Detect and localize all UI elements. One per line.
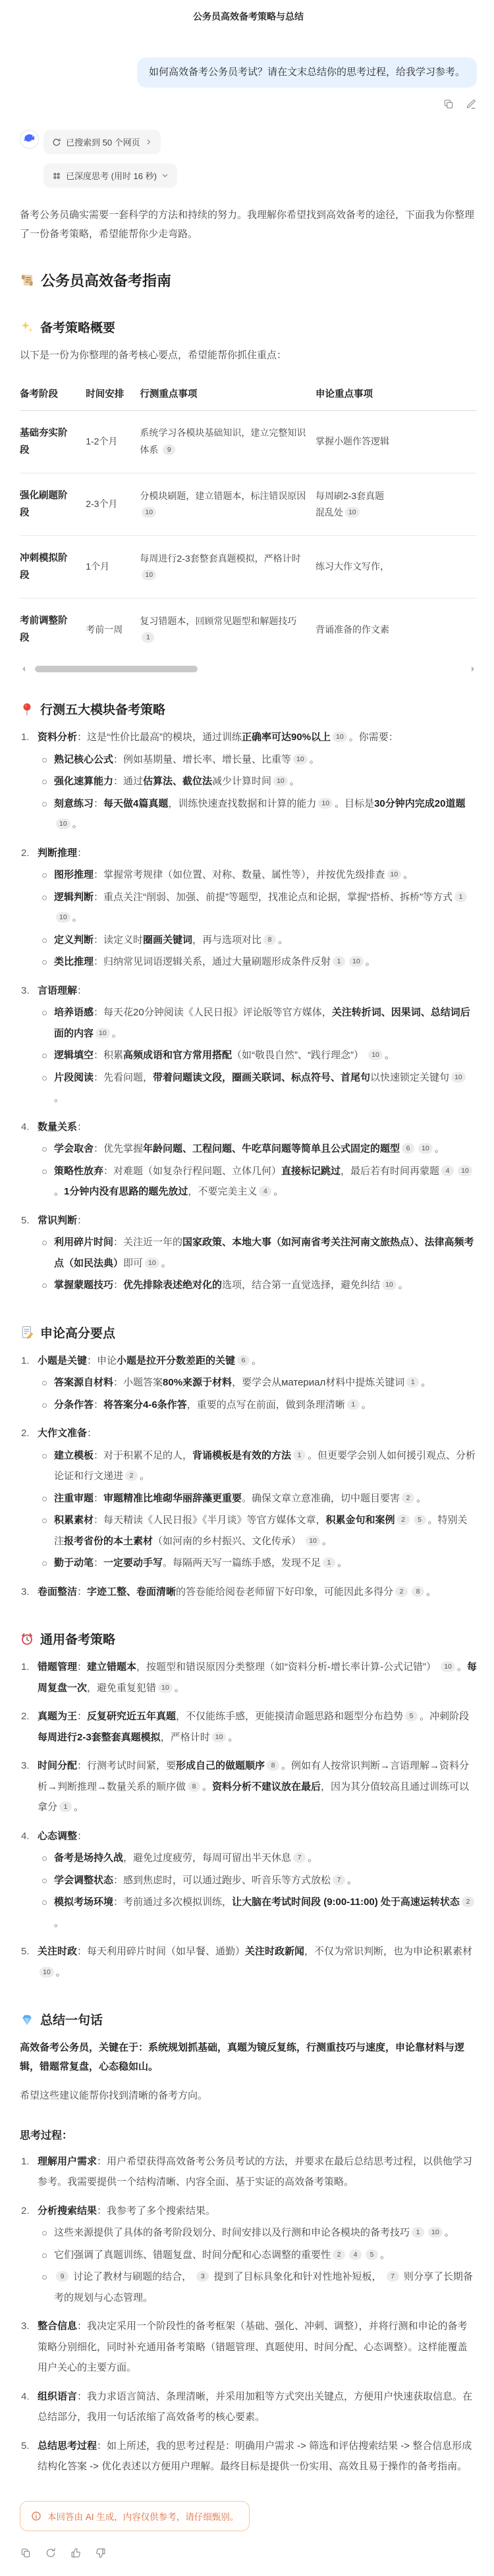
citation-badge[interactable]: 10 (382, 1279, 397, 1290)
text-segment: 考前一周 (86, 624, 123, 635)
text-segment: 。 (310, 754, 319, 765)
citation-badge[interactable]: 7 (333, 1875, 345, 1885)
list-item-text: 言语理解：培养语感：每天花20分钟阅读《人民日报》评论版等官方媒体，关注转折词、… (38, 980, 477, 1109)
citation-badge[interactable]: 10 (306, 1536, 320, 1546)
text-segment: ： (77, 1661, 87, 1673)
gem-icon (20, 2012, 34, 2027)
search-results-pill[interactable]: 已搜索到 50 个网页 (43, 130, 161, 154)
response-actions (20, 2547, 477, 2559)
sub-item-text: 这些来源提供了具体的备考阶段划分、时间安排以及行测和申论各模块的备考技巧110。 (54, 2227, 454, 2238)
section-heading: 公务员高效备考指南 (20, 270, 477, 290)
table-cell: 复习错题本，回顾常见题型和解题技巧1 (140, 599, 316, 661)
bold-text: 背诵模板是有效的方法 (192, 1450, 291, 1461)
citation-badge[interactable]: 1 (406, 1377, 419, 1387)
list-number: 4. (21, 1826, 30, 1847)
bullet-icon (42, 1169, 47, 1174)
bold-text: 学会取舍 (54, 1143, 94, 1154)
citation-badge[interactable]: 5 (414, 1515, 426, 1525)
sub-list-item: 勤于动笔：一定要动手写。每隔两天写一篇练手感，发现不足1。 (38, 1553, 477, 1574)
sub-item-text: 注重审题：审题精准比堆砌华丽辞藻更重要。确保文章立意准确，切中题目要害2。 (54, 1493, 426, 1504)
citation-badge[interactable]: 7 (293, 1852, 306, 1863)
list-number: 3. (21, 1756, 30, 1777)
bold-text: 总结思考过程 (38, 2440, 97, 2452)
bold-text: 定义判断 (54, 934, 94, 946)
text-segment: 强化刷题阶段 (20, 491, 68, 518)
table-cell-line: 考前调整阶段 (20, 612, 76, 647)
text-segment: ：重点关注“削弱、加强、前提”等题型，找准论点和论据，掌握“搭桥、拆桥”等方式 (94, 892, 453, 903)
text-segment: 的答卷能给阅卷老师留下好印象，可能因此多得分 (176, 1586, 393, 1597)
citation-badge[interactable]: 10 (142, 507, 156, 518)
text-segment: ，不仅为常识判断，也为申论积累素材 (304, 1946, 472, 1957)
list-item-text: 关注时政：每天利用碎片时间（如早餐、通勤）关注时政新闻，不仅为常识判断，也为申论… (38, 1941, 477, 1983)
bold-text: 建立模板 (54, 1450, 94, 1461)
deep-think-pill[interactable]: 已深度思考 (用时 16 秒) (43, 163, 177, 188)
list-number: 3. (21, 1582, 30, 1603)
bullet-icon (42, 780, 47, 784)
table-cell-line: 2-3个月 (86, 496, 130, 512)
text-segment: ：感到焦虑时，可以通过跑步、听音乐等方式放松 (113, 1875, 331, 1886)
citation-badge[interactable]: 10 (333, 732, 347, 742)
text-segment: ： (77, 1586, 87, 1597)
text-segment: 。 (380, 2249, 390, 2261)
citation-badge[interactable]: 8 (267, 1760, 279, 1771)
text-segment: ：读定义时 (94, 934, 143, 946)
list-item-text: 判断推理：图形推理：掌握常考规律（如位置、对称、数量、属性等），并按优先级排查1… (38, 843, 477, 973)
text-segment: ：例如基期量、增长率、增长量、比重等 (113, 754, 291, 765)
bold-text: 资料分析不建议放在最后 (212, 1781, 321, 1792)
citation-badge[interactable]: 4 (441, 1166, 454, 1176)
text-segment: 。 (426, 1586, 436, 1597)
table-cell: 考前调整阶段 (20, 599, 86, 661)
bold-text: 小题是关键 (38, 1355, 87, 1366)
sub-item-text: 学会取舍：优先掌握年龄问题、工程问题、牛吃草问题等简单且公式固定的题型610。 (54, 1143, 445, 1154)
citation-badge[interactable]: 10 (40, 1967, 54, 1977)
citation-badge[interactable]: 2 (125, 1470, 138, 1481)
text-segment: ： (77, 1711, 87, 1722)
table-cell-line: 背诵准备的作文素 (316, 622, 477, 638)
citation-badge[interactable]: 1 (59, 1802, 72, 1812)
sub-list-item: 片段阅读：先看问题，带着问题读文段，圈画关联词、标点符号、首尾句以快速锁定关键句… (38, 1067, 477, 1109)
sub-item-text: 培养语感：每天花20分钟阅读《人民日报》评论版等官方媒体，关注转折词、因果词、总… (54, 1007, 470, 1039)
bold-text: 字迹工整、卷面清晰 (87, 1586, 176, 1597)
table-cell-line: 1-2个月 (86, 433, 130, 450)
text-segment: 减少计算时间 (212, 776, 271, 787)
citation-badge[interactable]: 6 (237, 1355, 250, 1366)
citation-badge[interactable]: 10 (145, 1258, 159, 1268)
citation-badge[interactable]: 5 (405, 1711, 418, 1721)
list-number: 3. (21, 980, 30, 1002)
text-segment: 以下是一份为你整理的备考核心要点，希望能帮你抓住重点： (20, 350, 287, 361)
table-cell: 1-2个月 (86, 410, 140, 473)
bold-text: 备考是场持久战 (54, 1852, 123, 1864)
sub-item-text: 利用碎片时间：关注近一年的国家政策、本地大事（如河南省考关注河南文旅热点）、法律… (54, 1237, 474, 1269)
text-segment: ：我参考了多个搜索结果。 (97, 2205, 215, 2216)
bold-text: 言语理解 (38, 985, 77, 996)
table-cell: 2-3个月 (86, 473, 140, 535)
citation-badge[interactable]: 5 (366, 2249, 378, 2260)
chat-page: 公务员高效备考策略与总结 如何高效备考公务员考试？请在文末总结你的思考过程，给我… (0, 0, 494, 2576)
bullet-icon (42, 1900, 47, 1905)
citation-badge[interactable]: 10 (451, 1072, 466, 1083)
sub-list-item: 熟记核心公式：例如基期量、增长率、增长量、比重等10。 (38, 749, 477, 770)
table-row: 强化刷题阶段2-3个月分模块刷题，建立错题本，标注错误原因10每周刷2-3套真题… (20, 473, 477, 535)
ordered-list: 1.理解用户需求：用户希望获得高效备考公务员考试的方法，并要求在最后总结思考过程… (20, 2151, 477, 2477)
text-segment: 。 (273, 1186, 283, 1197)
bold-text: 估算法、截位法 (143, 776, 212, 787)
sub-list-item: 策略性放弃：对难题（如复杂行程问题、立体几何）直接标记跳过，最后若有时间再蒙题4… (38, 1161, 477, 1202)
list-item-text: 组织语言：我力求语言简洁、条理清晰，并采用加粗等方式突出关键点，方便用户快速获取… (38, 2386, 477, 2428)
list-item-text: 分析搜索结果：我参考了多个搜索结果。这些来源提供了具体的备考阶段划分、时间安排以… (38, 2201, 477, 2309)
citation-badge[interactable]: 9 (56, 2271, 69, 2282)
sub-list-item: 利用碎片时间：关注近一年的国家政策、本地大事（如河南省考关注河南文旅热点）、法律… (38, 1232, 477, 1274)
text-segment: ：我决定采用一个阶段性的备考框架（基础、强化、冲刺、调整），并将行测和申论的备考… (38, 2321, 468, 2373)
sub-item-text: 策略性放弃：对难题（如复杂行程问题、立体几何）直接标记跳过，最后若有时间再蒙题4… (54, 1166, 474, 1198)
table-cell-line: 复习错题本，回顾常见题型和解题技巧1 (140, 613, 306, 646)
table-cell-line: 考前一周 (86, 622, 130, 638)
chevron-right-icon (145, 138, 152, 146)
citation-badge[interactable]: 2 (402, 1493, 414, 1503)
bold-text: 整合信息 (38, 2321, 77, 2332)
citation-badge[interactable]: 10 (293, 754, 308, 765)
list-item: 1.资料分析：这是“性价比最高”的模块，通过训练正确率可达90%以上10。你需要… (20, 727, 477, 835)
table-scrollbar (20, 666, 477, 672)
text-segment: ，避免重复犯错 (87, 1682, 156, 1694)
bold-text: 关注时政 (38, 1946, 77, 1957)
citation-badge[interactable]: 1 (412, 2227, 424, 2238)
citation-badge[interactable]: 10 (345, 507, 360, 518)
table-cell-line: 掌握小题作答逻辑 (316, 433, 477, 450)
sub-list-item: 刻意练习：每天做4篇真题，训练快速查找数据和计算的能力10。目标是30分钟内完成… (38, 793, 477, 835)
bullet-icon (42, 938, 47, 943)
citation-badge[interactable]: 9 (163, 444, 175, 455)
text-segment: 1个月 (86, 561, 109, 572)
citation-badge[interactable]: 10 (56, 912, 70, 923)
sub-list-item: 9 讨论了教材与刷题的结合， 3 提到了目标具象化和针对性地补短板， 7 则分享… (38, 2267, 477, 2308)
assistant-status-pills: 已搜索到 50 个网页 已深度思考 (用时 16 秒) (43, 130, 177, 188)
text-segment: 选项，结合第一直觉选择，避免纠结 (222, 1279, 380, 1291)
bold-text: 1分钟内没有思路的题先放过 (64, 1186, 188, 1197)
bullet-icon (42, 1054, 47, 1058)
citation-badge[interactable]: 2 (397, 1515, 410, 1525)
text-segment: 。 (308, 1852, 317, 1864)
citation-badge[interactable]: 2 (395, 1586, 408, 1597)
text-segment: ，训练快速查找数据和计算的能力 (168, 798, 316, 809)
citation-badge[interactable]: 10 (273, 776, 288, 786)
copy-icon[interactable] (443, 98, 454, 110)
sub-list-item: 学会调整状态：感到焦虑时，可以通过跑步、听音乐等方式放松7。 (38, 1870, 477, 1891)
text-segment: ： (77, 985, 87, 996)
scrollbar-track[interactable] (28, 666, 468, 672)
table-cell-line: 分模块刷题，建立错题本，标注错误原因10 (140, 488, 306, 521)
text-segment: 。 (385, 1050, 395, 1061)
bold-text: 策略性放弃 (54, 1166, 103, 1177)
thumbs-down-icon[interactable] (95, 2547, 107, 2559)
bold-text: 卷面整洁 (38, 1586, 77, 1597)
text-segment: ，不仅能练手感，更能摸清命题思路和题型分布趋势 (176, 1711, 403, 1722)
search-pill-label: 已搜索到 50 个网页 (66, 136, 140, 148)
bold-text: 答案源自材料 (54, 1377, 113, 1388)
user-message-bubble: 如何高效备考公务员考试？请在文末总结你的思考过程，给我学习参考。 (137, 57, 477, 88)
text-segment: 每周进行2-3套整套真题模拟，严格计时 (140, 553, 300, 564)
list-item-text: 总结思考过程：如上所述，我的思考过程是：明确用户需求 -> 筛选和评估搜索结果 … (38, 2436, 477, 2477)
summary-table: 备考阶段时间安排行测重点事项申论重点事项基础夯实阶段1-2个月系统学习各模块基础… (20, 379, 477, 661)
text-segment: ： (77, 847, 87, 859)
list-item: 4.组织语言：我力求语言简洁、条理清晰，并采用加粗等方式突出关键点，方便用户快速… (20, 2386, 477, 2428)
bold-text: 正确率可达90%以上 (242, 732, 331, 743)
list-item-text: 真题为王：反复研究近五年真题，不仅能练手感，更能摸清命题思路和题型分布趋势5。冲… (38, 1706, 477, 1748)
bullet-icon (42, 1076, 47, 1081)
citation-badge[interactable]: 2 (333, 2249, 345, 2260)
list-number: 1. (21, 727, 30, 748)
sub-list-item: 强化速算能力：通过估算法、截位法减少计算时间10。 (38, 771, 477, 792)
citation-badge[interactable]: 7 (387, 2271, 399, 2282)
citation-badge[interactable]: 4 (349, 2249, 362, 2260)
bullet-icon (42, 758, 47, 763)
list-item: 4.心态调整：备考是场持久战，避免过度疲劳，每周可留出半天休息7。学会调整状态：… (20, 1826, 477, 1934)
sub-list-item: 答案源自材料：小题答案80%来源于材料，要学会从материал材料中提炼关键词… (38, 1372, 477, 1393)
sub-item-text: 逻辑填空：积累高频成语和官方常用搭配（如“敬畏自然”、“践行理念”） 10。 (54, 1050, 395, 1061)
text-segment: ：每天精读《人民日报》《半月谈》等官方媒体文章， (94, 1515, 326, 1526)
table-header-cell: 时间安排 (86, 379, 140, 411)
sub-list-item: 备考是场持久战，避免过度疲劳，每周可留出半天休息7。 (38, 1848, 477, 1869)
citation-badge[interactable]: 10 (368, 1050, 383, 1060)
citation-badge[interactable]: 8 (188, 1781, 200, 1792)
section-heading-text: 思考过程： (20, 2127, 72, 2142)
section-heading: 思考过程： (20, 2127, 477, 2142)
deep-think-icon (52, 171, 61, 180)
text-segment: 分模块刷题，建立错题本，标注错误原因 (140, 491, 306, 501)
list-item: 3.卷面整洁：字迹工整、卷面清晰的答卷能给阅卷老师留下好印象，可能因此多得分28… (20, 1582, 477, 1603)
sub-item-text: 熟记核心公式：例如基期量、增长率、增长量、比重等10。 (54, 754, 319, 765)
scroll-left-arrow-icon[interactable] (20, 666, 25, 672)
bold-text: 直接标记跳过 (281, 1166, 341, 1177)
table-cell: 每周进行2-3套整套真题模拟，严格计时10 (140, 535, 316, 598)
text-segment: ： (77, 1215, 87, 1226)
list-item: 2.大作文准备：建立模板：对于积累不足的人，背诵模板是有效的方法1。但更要学会别… (20, 1423, 477, 1574)
table-row: 考前调整阶段考前一周复习错题本，回顾常见题型和解题技巧1背诵准备的作文素 (20, 599, 477, 661)
text-segment: 。 (290, 776, 300, 787)
section-heading-text: 通用备考策略 (40, 1630, 115, 1648)
list-item-text: 整合信息：我决定采用一个阶段性的备考框架（基础、强化、冲刺、调整），并将行测和申… (38, 2316, 477, 2378)
bold-text: 判断推理 (38, 847, 77, 859)
bullet-icon (42, 873, 47, 878)
table-cell-line: 强化刷题阶段 (20, 487, 76, 522)
info-icon (31, 2511, 41, 2521)
text-segment: 。每隔两天写一篇练手感，发现不足 (163, 1557, 321, 1569)
page-title: 公务员高效备考策略与总结 (20, 0, 477, 23)
citation-badge[interactable]: 6 (402, 1143, 414, 1154)
citation-badge[interactable]: 2 (462, 1896, 474, 1907)
bold-text: 类比推理 (54, 956, 94, 967)
sub-item-text: 刻意练习：每天做4篇真题，训练快速查找数据和计算的能力10。目标是30分钟内完成… (54, 798, 465, 830)
citation-badge[interactable]: 10 (212, 1732, 227, 1742)
table-cell-line: 混乱处10 (316, 504, 477, 521)
bold-text: 时间分配 (38, 1760, 77, 1771)
bold-text: 将答案分4-6条作答 (103, 1399, 187, 1410)
text-segment: 。 (54, 1186, 64, 1197)
citation-badge[interactable]: 10 (441, 1661, 455, 1672)
citation-badge[interactable]: 10 (142, 570, 156, 580)
text-segment: ：每天花20分钟阅读《人民日报》评论版等官方媒体， (94, 1007, 332, 1018)
text-segment: ：关注近一年的 (113, 1237, 182, 1248)
text-segment: 混乱处 (316, 507, 343, 518)
citation-badge[interactable]: 1 (333, 956, 345, 967)
table-cell: 1个月 (86, 535, 140, 598)
bold-text: 每周进行2-3套整套真题模拟 (38, 1732, 161, 1743)
web-search-icon (52, 138, 61, 147)
table-cell: 冲刺模拟阶段 (20, 535, 86, 598)
citation-badge[interactable]: 4 (259, 1186, 271, 1196)
list-number: 5. (21, 2436, 30, 2457)
text-segment: 掌握小题作答逻辑 (316, 436, 389, 446)
bold-text: 图形推理 (54, 869, 94, 880)
chevron-down-icon (161, 172, 169, 179)
table-cell: 强化刷题阶段 (20, 473, 86, 535)
table-cell: 基础夯实阶段 (20, 410, 86, 473)
table-cell-line: 基础夯实阶段 (20, 425, 76, 459)
list-number: 1. (21, 1657, 30, 1678)
sub-item-text: 答案源自材料：小题答案80%来源于材料，要学会从материал材料中提炼关键词… (54, 1377, 431, 1388)
bold-text: 报考省份的本土素材 (64, 1536, 153, 1547)
bullet-icon (42, 802, 47, 807)
bold-text: 掌握蒙题技巧 (54, 1279, 113, 1291)
sub-item-text: 片段阅读：先看问题，带着问题读文段，圈画关联词、标点符号、首尾句以快速锁定关键句… (54, 1072, 468, 1104)
citation-badge[interactable]: 8 (412, 1586, 424, 1597)
text-segment: 1-2个月 (86, 436, 117, 446)
citation-badge[interactable]: 10 (96, 1028, 110, 1038)
text-segment: 背诵准备的作文素 (316, 624, 389, 635)
bullet-icon (42, 1856, 47, 1861)
text-segment: ，严格计时 (161, 1732, 210, 1743)
sub-list-item: 这些来源提供了具体的备考阶段划分、时间安排以及行测和申论各模块的备考技巧110。 (38, 2222, 477, 2243)
text-segment: 。 (252, 1355, 261, 1366)
sub-item-text: 定义判断：读定义时圈画关键词，再与选项对比8。 (54, 934, 288, 946)
citation-badge[interactable]: 10 (458, 1166, 472, 1176)
text-segment: 。 (112, 1028, 122, 1039)
section-heading: 备考策略概要 (20, 318, 477, 336)
list-item-text: 数量关系：学会取舍：优先掌握年龄问题、工程问题、牛吃草问题等简单且公式固定的题型… (38, 1117, 477, 1202)
bold-text: 逻辑判断 (54, 892, 94, 903)
text-segment: ，再与选项对比 (192, 934, 261, 946)
sub-list-item: 模拟考场环境：考前通过多次模拟训练，让大脑在考试时间段 (9:00-11:00)… (38, 1892, 477, 1933)
citation-badge[interactable]: 10 (418, 1143, 433, 1154)
bold-text: 注重审题 (54, 1493, 94, 1504)
edit-icon[interactable] (465, 98, 477, 110)
ordered-list: 1.小题是关键：申论小题是拉开分数差距的关键6。答案源自材料：小题答案80%来源… (20, 1351, 477, 1603)
list-number: 3. (21, 2316, 30, 2337)
scrollbar-thumb[interactable] (35, 666, 198, 672)
whale-logo-icon (23, 132, 36, 148)
citation-badge[interactable]: 1 (347, 1399, 360, 1410)
thumbs-up-icon[interactable] (70, 2547, 82, 2559)
table-cell: 分模块刷题，建立错题本，标注错误原因10 (140, 473, 316, 535)
text-segment: 冲刺模拟阶段 (20, 553, 68, 581)
list-item-text: 卷面整洁：字迹工整、卷面清晰的答卷能给阅卷老师留下好印象，可能因此多得分28。 (38, 1582, 477, 1603)
bold-text: 高效备考公务员，关键在于：系统规划抓基础，真题为镜反复练，行测重技巧与速度，申论… (20, 2042, 464, 2072)
text-segment: 。 (362, 1399, 371, 1410)
sub-list-item: 注重审题：审题精准比堆砌华丽辞藻更重要。确保文章立意准确，切中题目要害2。 (38, 1488, 477, 1509)
text-segment: ，最后若有时间再蒙题 (341, 1166, 439, 1177)
list-item-text: 小题是关键：申论小题是拉开分数差距的关键6。答案源自材料：小题答案80%来源于材… (38, 1351, 477, 1416)
copy-response-icon[interactable] (20, 2547, 32, 2559)
text-segment: 。 (398, 1279, 408, 1291)
sub-item-text: 掌握蒙题技巧：优先排除表述绝对化的选项，结合第一直觉选择，避免纠结10。 (54, 1279, 408, 1291)
table-cell: 练习大作文写作， (316, 535, 477, 598)
assistant-avatar (20, 130, 39, 149)
text-segment: 。 (416, 1493, 426, 1504)
citation-badge[interactable]: 3 (196, 2271, 209, 2282)
bullet-icon (42, 1518, 47, 1523)
text-segment: 。 (337, 1557, 347, 1569)
list-item: 5.总结思考过程：如上所述，我的思考过程是：明确用户需求 -> 筛选和评估搜索结… (20, 2436, 477, 2477)
text-segment: 。 (228, 1732, 238, 1743)
bullet-icon (42, 2253, 47, 2258)
text-segment: 这些来源提供了具体的备考阶段划分、时间安排以及行测和申论各模块的备考技巧 (54, 2227, 410, 2238)
list-number: 4. (21, 2386, 30, 2407)
table-header-cell: 行测重点事项 (140, 379, 316, 411)
text-segment: 希望这些建议能帮你找到清晰的备考方向。 (20, 2090, 207, 2101)
list-item: 3.整合信息：我决定采用一个阶段性的备考框架（基础、强化、冲刺、调整），并将行测… (20, 2316, 477, 2378)
assistant-response: 备考公务员确实需要一套科学的方法和持续的努力。我理解你希望找到高效备考的途径，下… (20, 206, 477, 2477)
citation-badge[interactable]: 1 (454, 892, 467, 902)
citation-badge[interactable]: 8 (263, 934, 276, 945)
bold-text: 学会调整状态 (54, 1875, 113, 1886)
bullet-icon (42, 1454, 47, 1459)
citation-badge[interactable]: 10 (318, 798, 333, 809)
text-segment: ：每天利用碎片时间（如早餐、通勤） (77, 1946, 245, 1957)
sub-item-text: 分条作答：将答案分4-6条作答，重要的点写在前面，做到条理清晰1。 (54, 1399, 371, 1410)
sub-list-item: 掌握蒙题技巧：优先排除表述绝对化的选项，结合第一直觉选择，避免纠结10。 (38, 1275, 477, 1296)
text-segment: （如“敬畏自然”、“践行理念”） (232, 1050, 366, 1061)
citation-badge[interactable]: 10 (56, 818, 70, 829)
scroll-right-arrow-icon[interactable] (472, 666, 477, 672)
citation-badge[interactable]: 10 (158, 1682, 173, 1693)
bold-text: 年龄问题、工程问题、牛吃草问题等简单且公式固定的题型 (143, 1143, 400, 1154)
bullet-icon (42, 2231, 47, 2236)
text-segment: 。 (347, 1875, 357, 1886)
paragraph: 备考公务员确实需要一套科学的方法和持续的努力。我理解你希望找到高效备考的途径，下… (20, 206, 477, 244)
text-segment: 。 (421, 1377, 431, 1388)
citation-badge[interactable]: 10 (428, 2227, 443, 2238)
citation-badge[interactable]: 1 (142, 632, 154, 643)
sub-list-item: 培养语感：每天花20分钟阅读《人民日报》评论版等官方媒体，关注转折词、因果词、总… (38, 1002, 477, 1044)
text-segment: 练习大作文写作， (316, 561, 389, 572)
bold-text: 培养语感 (54, 1007, 94, 1018)
scroll-icon (20, 273, 35, 288)
citation-badge[interactable]: 10 (387, 869, 402, 880)
text-segment: ：申论 (87, 1355, 117, 1366)
text-segment: 每周刷2-3套真题 (316, 491, 384, 501)
text-segment: 。 (322, 1536, 332, 1547)
bold-text: 带着问题读文段，圈画关联词、标点符号、首尾句 (153, 1072, 370, 1083)
list-item: 5.关注时政：每天利用碎片时间（如早餐、通勤）关注时政新闻，不仅为常识判断，也为… (20, 1941, 477, 1983)
bullet-icon (42, 960, 47, 965)
text-segment: ：通过 (113, 776, 143, 787)
sub-item-text: 类比推理：归纳常见词语逻辑关系，通过大量刷题形成条件反射110。 (54, 956, 375, 967)
bold-text: 一定要动手写 (103, 1557, 163, 1569)
ordered-list: 1.资料分析：这是“性价比最高”的模块，通过训练正确率可达90%以上10。你需要… (20, 727, 477, 1296)
text-segment: ： (77, 1831, 87, 1842)
user-message-row: 如何高效备考公务员考试？请在文末总结你的思考过程，给我学习参考。 (20, 57, 477, 88)
citation-badge[interactable]: 1 (323, 1557, 335, 1568)
summary-table-wrapper: 备考阶段时间安排行测重点事项申论重点事项基础夯实阶段1-2个月系统学习各模块基础… (20, 379, 477, 661)
bullet-icon (42, 1381, 47, 1385)
text-segment: ：掌握常考规律（如位置、对称、数量、属性等），并按优先级排查 (94, 869, 385, 880)
citation-badge[interactable]: 10 (349, 956, 364, 967)
regenerate-icon[interactable] (45, 2547, 57, 2559)
citation-badge[interactable]: 1 (293, 1450, 306, 1461)
text-segment: 。确保文章立意准确，切中题目要害 (242, 1493, 400, 1504)
